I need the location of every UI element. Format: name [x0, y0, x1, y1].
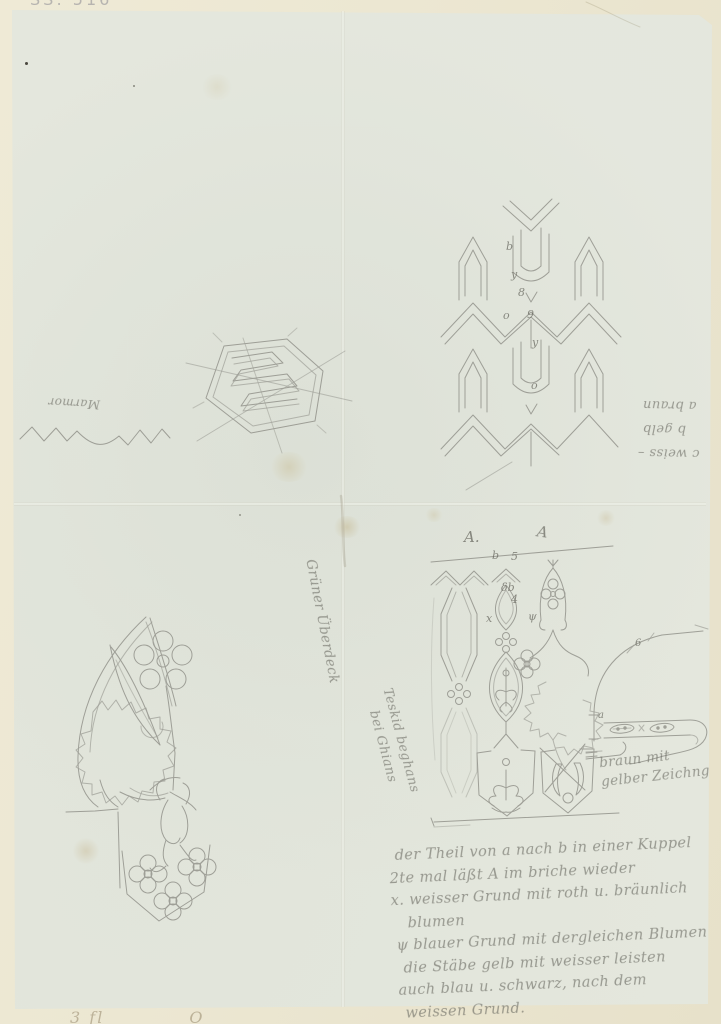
fold-crease-vertical — [341, 11, 345, 1007]
annotation-letter: a — [598, 710, 604, 721]
color-key-line: b gelb — [588, 415, 686, 441]
reference-letter-a: A — [536, 522, 549, 541]
stain-spot — [424, 508, 444, 522]
scanned-drawing-page: SS: 516 3 fl O Marmor c weiss – b gelb a… — [0, 0, 721, 1024]
annotation-letter: b — [492, 549, 499, 562]
paper-speck — [133, 85, 135, 87]
bottom-color-notes: der Theil von a nach b in einer Kuppel 2… — [388, 831, 721, 1024]
mount-inscription: 3 fl O — [70, 1008, 204, 1024]
stain-spot — [268, 452, 310, 482]
annotation-letter: 6 — [635, 638, 641, 649]
inventory-inscription: SS: 516 — [30, 0, 112, 9]
paper-speck — [239, 514, 241, 516]
annotation-letter: ψ — [528, 610, 537, 623]
annotation-letter: o — [503, 309, 510, 322]
stain-spot — [332, 516, 362, 538]
annotation-letter: x — [486, 612, 492, 625]
fold-crease-horizontal — [14, 502, 706, 506]
annotation-letter: 8 — [518, 286, 525, 299]
annotation-letter: o — [531, 379, 538, 392]
annotation-letter: b — [506, 240, 513, 253]
reference-letter-a: A. — [464, 528, 480, 546]
color-key-line: c weiss – — [587, 439, 699, 465]
stain-spot — [596, 510, 616, 526]
annotation-letter: y — [532, 336, 538, 349]
annotation-letter: 9 — [527, 308, 534, 321]
paper-speck — [25, 62, 28, 65]
stain-spot — [72, 838, 100, 864]
annotation-letter: y — [511, 268, 517, 281]
stain-spot — [200, 74, 234, 100]
color-key-line: a braun — [588, 391, 696, 417]
annotation-letter: 5 — [511, 550, 518, 563]
color-key-note: c weiss – b gelb a braun — [587, 391, 700, 465]
annotation-letter: 4 — [511, 593, 518, 606]
